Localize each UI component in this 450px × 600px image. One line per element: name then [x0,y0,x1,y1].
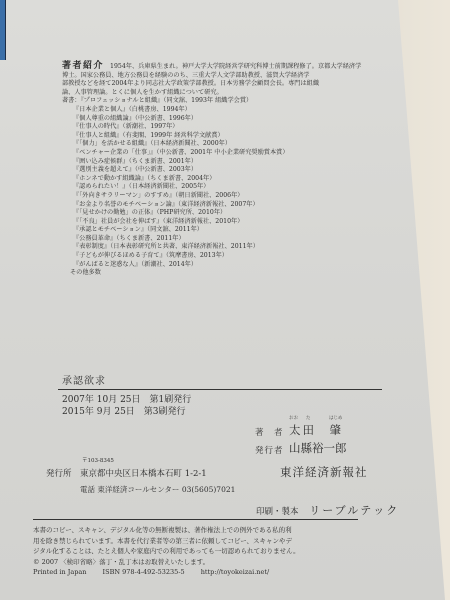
book-title: 承認欲求 [58,372,382,390]
publisher-address: 東京都中央区日本橋本石町 1-2-1 [80,467,260,479]
author-bio-heading: 著者紹介 [62,62,104,71]
edition-date: 2015年 9月 25日 第3刷発行 [62,406,374,418]
works-item: 『選別主義を超えて』（中公新書、2003年） [73,166,374,175]
author-ruby: た [306,415,311,421]
isbn: ISBN 978-4-492-53235-5 [103,568,185,576]
works-item: 『子どもが伸びるほめる子育て』（筑摩書房、2013年） [73,252,374,261]
author-ruby: おお [289,415,298,421]
works-item: 『囲い込み症候群』（ちくま新書、2001年） [73,158,374,167]
publisher-url: http://toyokeizai.net/ [201,568,269,576]
publisher-person-name: 山縣裕一郎 [289,440,347,456]
publisher-block: 〒103-8345 発行所 東京都中央区日本橋本石町 1-2-1 東洋経済新報社… [46,456,406,495]
works-item: 『「外向きサラリーマン」のすすめ』（朝日新聞社、2006年） [73,192,374,201]
works-item: 『認められたい！』（日本経済新聞社、2005年） [73,183,374,192]
edition-dates: 2007年 10月 25日 第1刷発行 2015年 9月 25日 第3刷発行 [62,394,374,418]
author-credit: 著 者 おお た はじめ 太田 肇 [255,420,415,438]
author-bio-paragraph: 著者紹介1954年、兵庫県生まれ。神戸大学大学院経営学研究科博士前期課程修了。京… [62,62,374,97]
copyright-footer: 本書のコピー、スキャン、デジタル化等の無断複製は、著作権法上での例外である私的利… [33,519,358,578]
publisher-person-credit: 発行者 山縣裕一郎 [255,438,415,456]
works-item: 『仕事人の時代』（新潮社、1997年） [73,123,374,132]
works-list: 著書：『プロフェッショナルと組織』（同文舘、1993年 組織学会賞） 『日本企業… [62,97,374,277]
works-item: 『日本企業と個人』（白桃書房、1994年） [73,106,374,115]
works-item: 『「個力」を活かせる組織』（日本経済新聞社、2000年） [73,140,374,149]
author-label: 著 者 [255,426,289,438]
works-item: 『お金より名誉のモチベーション論』（東洋経済新報社、2007年） [73,201,374,210]
works-item: 著書：『プロフェッショナルと組織』（同文舘、1993年 組織学会賞） [62,97,374,106]
works-item: 『表彰制度』（日本表彰研究所と共著、東洋経済新報社、2011年） [73,243,374,252]
copyright-notice-line: 本書のコピー、スキャン、デジタル化等の無断複製は、著作権法上での例外である私的利 [33,525,358,536]
credits-block: 著 者 おお た はじめ 太田 肇 発行者 山縣裕一郎 [255,420,415,456]
publisher-name: 東洋経済新報社 [280,464,368,480]
publisher-person-label: 発行者 [255,444,289,456]
author-bio-section: 著者紹介1954年、兵庫県生まれ。神戸大学大学院経営学研究科博士前期課程修了。京… [62,62,374,278]
printer-label: 印刷・製本 [256,507,299,517]
book-title-block: 承認欲求 2007年 10月 25日 第1刷発行 2015年 9月 25日 第3… [62,372,374,418]
author-ruby: はじめ [329,415,343,421]
works-item: 『「見せかけの勤勉」の正体』（PHP研究所、2010年） [73,209,374,218]
works-item: 『承認とモチベーション』（同文舘、2011年） [73,226,374,235]
copyright-notice-line: ジタル化することは、たとえ個人や家庭内での利用であっても一切認められておりません… [33,546,358,557]
book-colophon-page: 著者紹介1954年、兵庫県生まれ。神戸大学大学院経営学研究科博士前期課程修了。京… [0,0,450,600]
book-cover-edge [0,0,6,60]
printer-name: リーブルテック [309,504,399,517]
printer-credit: 印刷・製本 リーブルテック [256,502,399,518]
copyright-line: © 2007 〈検印省略〉落丁・乱丁本はお取替えいたします。 [33,557,358,568]
publisher-label: 発行所 [46,467,80,479]
works-others: その他多数 [70,269,374,278]
copyright-notice-line: 用を除き禁じられています。本書を代行業者等の第三者に依頼してコピー、スキャンやデ [33,536,358,547]
works-item: 『がんばると迷惑な人』（新潮社、2014年） [73,261,374,270]
works-item: 『個人尊重の組織論』（中公新書、1996年） [73,115,374,124]
edition-date: 2007年 10月 25日 第1刷発行 [62,394,374,406]
publisher-phone: 電話 東洋経済コールセンター 03(5605)7021 [80,484,406,495]
author-name: おお た はじめ 太田 肇 [289,422,343,438]
works-item: 『ベンチャー企業の「仕事」』（中公新書、2001年 中小企業研究奨励賞本賞） [73,149,374,158]
printed-in: Printed in Japan [33,568,86,576]
postal-code: 〒103-8345 [82,456,406,464]
book-meta: Printed in Japan ISBN 978-4-492-53235-5 … [33,567,358,578]
works-item: 『「不良」社員が会社を伸ばす』（東洋経済新報社、2010年） [73,218,374,227]
